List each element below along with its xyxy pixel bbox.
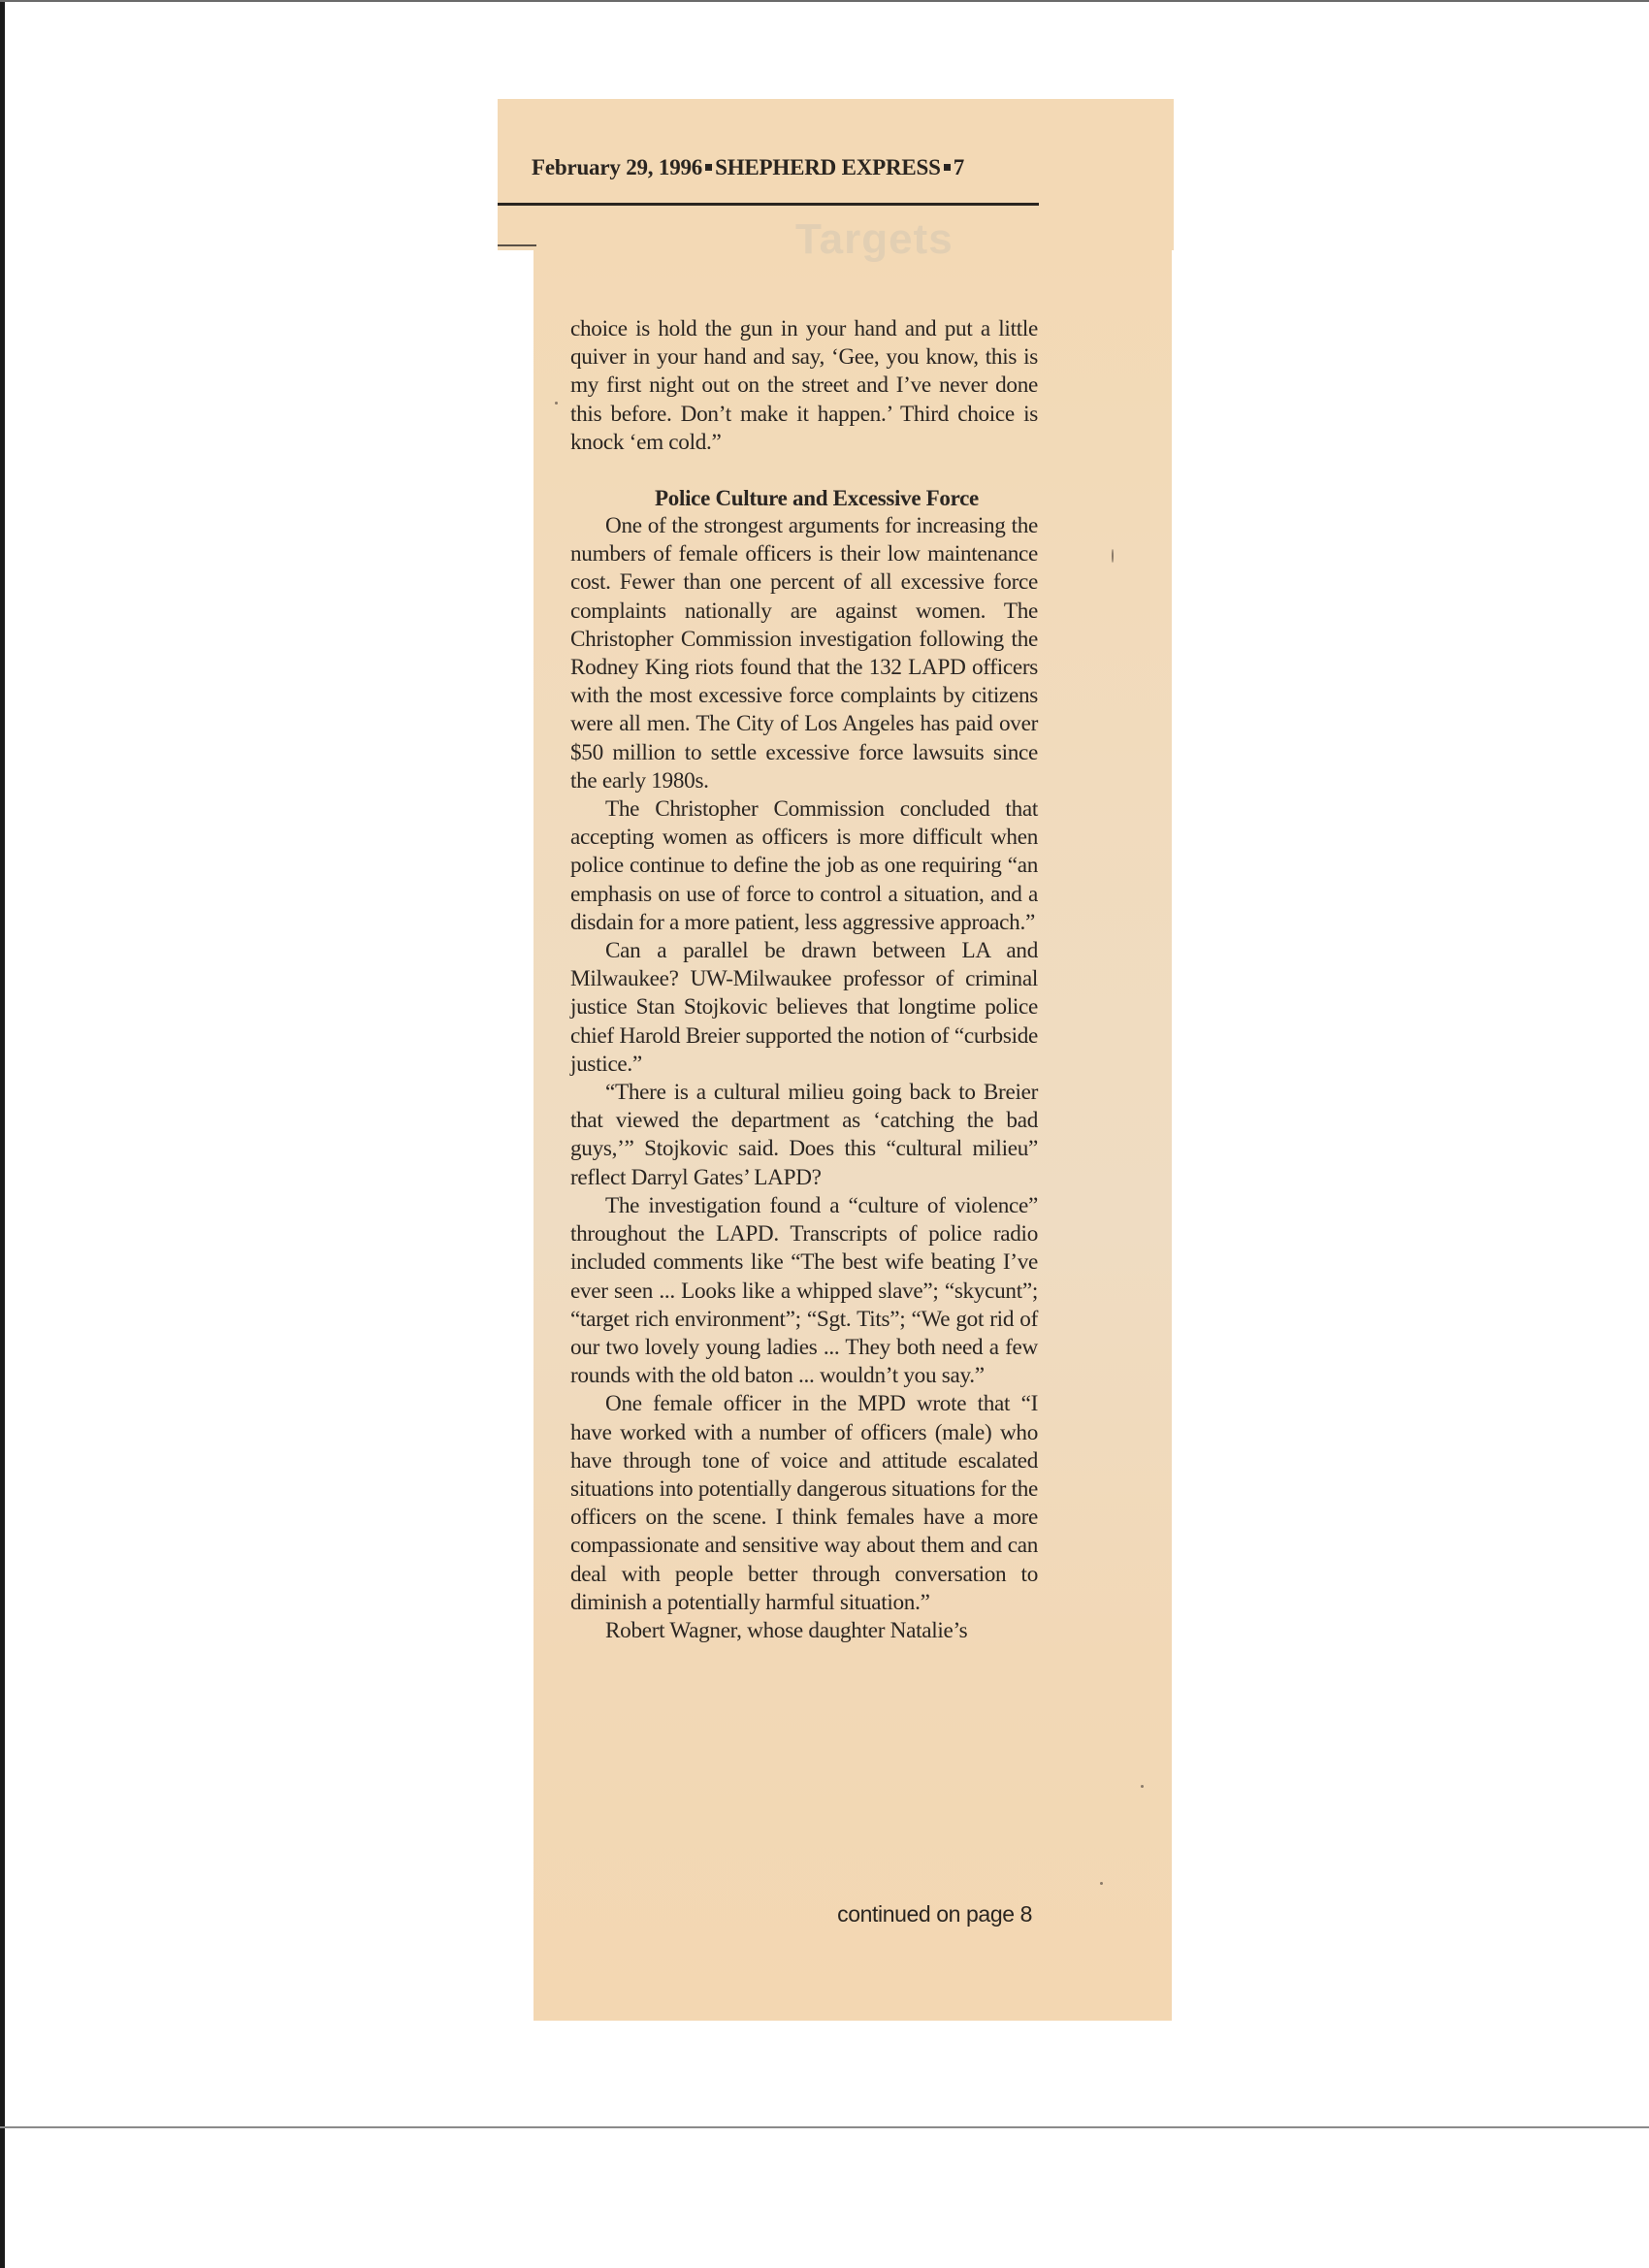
scan-border-top <box>0 0 1649 2</box>
paper-speck <box>1112 549 1114 563</box>
bleed-through-heading: Targets <box>795 215 954 264</box>
masthead-rule <box>498 203 1039 206</box>
article-paragraph: The investigation found a “culture of vi… <box>570 1192 1038 1390</box>
article-paragraph: “There is a cultural milieu going back t… <box>570 1079 1038 1192</box>
article-paragraph: Robert Wagner, whose daughter Natalie’s <box>570 1617 1038 1645</box>
paper-speck <box>1141 1785 1144 1788</box>
paper-speck <box>1100 1882 1103 1885</box>
article-column: choice is hold the gun in your hand and … <box>570 315 1038 1645</box>
masthead: February 29, 1996SHEPHERD EXPRESS7 <box>532 155 1055 180</box>
article-paragraph: One female officer in the MPD wrote that… <box>570 1390 1038 1617</box>
masthead-date: February 29, 1996 <box>532 155 702 179</box>
section-heading: Police Culture and Excessive Force <box>570 484 1038 512</box>
clipping-notch-edge <box>498 244 536 246</box>
scan-fold-line <box>0 2126 1649 2128</box>
article-continuation-paragraph: choice is hold the gun in your hand and … <box>570 315 1038 457</box>
scan-border-left <box>0 0 5 2268</box>
bullet-separator-icon <box>705 164 712 171</box>
paper-speck <box>555 402 558 405</box>
jump-line: continued on page 8 <box>770 1901 1032 1928</box>
masthead-publication: SHEPHERD EXPRESS <box>715 155 941 179</box>
article-paragraph: The Christopher Commission concluded tha… <box>570 795 1038 937</box>
article-paragraph: One of the strongest arguments for in­cr… <box>570 512 1038 795</box>
article-paragraph: Can a parallel be drawn between LA and M… <box>570 937 1038 1079</box>
masthead-page-number: 7 <box>954 155 964 179</box>
bullet-separator-icon <box>944 164 951 171</box>
